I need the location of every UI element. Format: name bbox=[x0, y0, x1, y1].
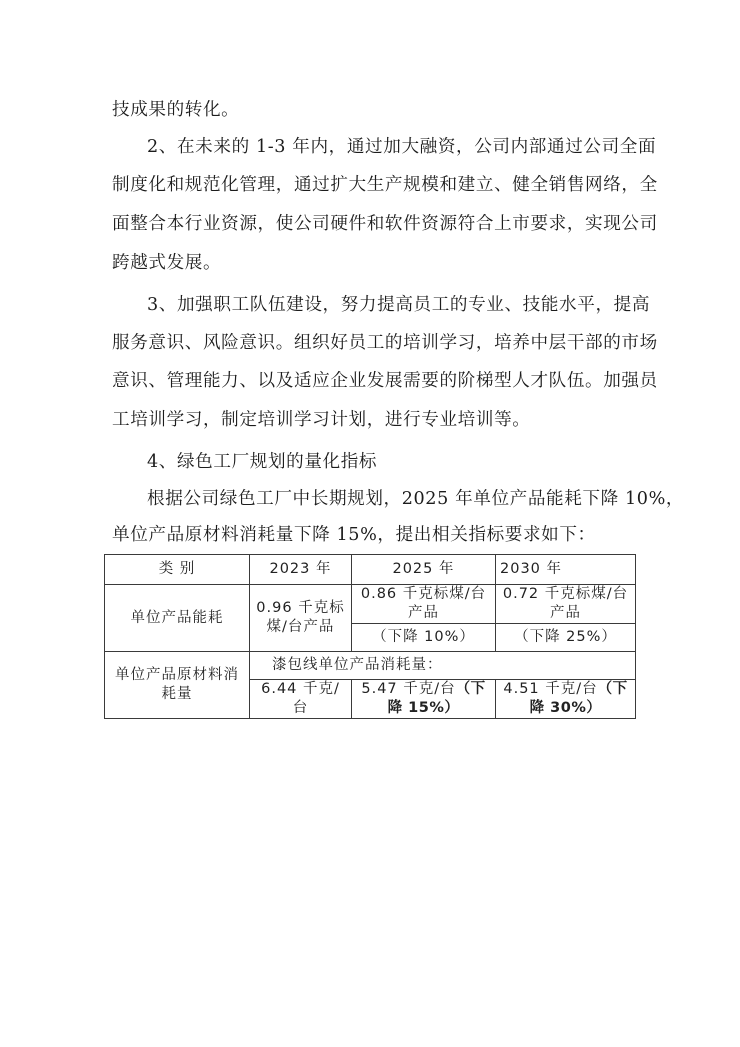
header-category: 类 别 bbox=[105, 555, 250, 585]
material-2030-value: 4.51 千克/台 bbox=[503, 681, 597, 697]
paragraph-4-line-1: 根据公司绿色工厂中长期规划，2025 年单位产品能耗下降 10%， bbox=[147, 488, 632, 510]
paragraph-3-line-1: 3、加强职工队伍建设，努力提高员工的专业、技能水平，提高 bbox=[147, 294, 632, 316]
header-2030: 2030 年 bbox=[496, 555, 636, 585]
energy-2023-value: 0.96 千克标煤/台产品 bbox=[250, 585, 352, 652]
paragraph-2-line-3: 面整合本行业资源，使公司硬件和软件资源符合上市要求，实现公司 bbox=[112, 213, 632, 235]
energy-label: 单位产品能耗 bbox=[105, 585, 250, 652]
paragraph-3-line-3: 意识、管理能力、以及适应企业发展需要的阶梯型人才队伍。加强员 bbox=[112, 370, 632, 392]
table-header-row: 类 别 2023 年 2025 年 2030 年 bbox=[105, 555, 636, 585]
energy-2030-change: （下降 25%） bbox=[496, 624, 636, 652]
text-line: 技成果的转化。 bbox=[112, 99, 632, 121]
material-2025-cell: 5.47 千克/台（下降 15%） bbox=[352, 680, 496, 719]
energy-2030-value: 0.72 千克标煤/台产品 bbox=[496, 585, 636, 624]
material-2025-value: 5.47 千克/台 bbox=[361, 681, 455, 697]
material-2023-value: 6.44 千克/台 bbox=[250, 680, 352, 719]
paragraph-2-line-1: 2、在未来的 1-3 年内，通过加大融资，公司内部通过公司全面 bbox=[147, 136, 632, 158]
material-label: 单位产品原材料消耗量 bbox=[105, 652, 250, 719]
paragraph-3-line-4: 工培训学习，制定培训学习计划，进行专业培训等。 bbox=[112, 409, 632, 431]
paragraph-4-line-2: 单位产品原材料消耗量下降 15%，提出相关指标要求如下： bbox=[112, 524, 632, 546]
energy-2025-value: 0.86 千克标煤/台产品 bbox=[352, 585, 496, 624]
energy-2025-change: （下降 10%） bbox=[352, 624, 496, 652]
material-2030-cell: 4.51 千克/台（下降 30%） bbox=[496, 680, 636, 719]
section-4-heading: 4、绿色工厂规划的量化指标 bbox=[147, 451, 632, 473]
green-factory-metrics-table: 类 别 2023 年 2025 年 2030 年 单位产品能耗 0.96 千克标… bbox=[104, 554, 636, 719]
table-row-energy: 单位产品能耗 0.96 千克标煤/台产品 0.86 千克标煤/台产品 0.72 … bbox=[105, 585, 636, 624]
document-page: 技成果的转化。 2、在未来的 1-3 年内，通过加大融资，公司内部通过公司全面 … bbox=[0, 0, 740, 1047]
header-2025: 2025 年 bbox=[352, 555, 496, 585]
table-row-material: 单位产品原材料消耗量 漆包线单位产品消耗量： bbox=[105, 652, 636, 680]
material-note: 漆包线单位产品消耗量： bbox=[250, 652, 636, 680]
header-2023: 2023 年 bbox=[250, 555, 352, 585]
paragraph-2-line-4: 跨越式发展。 bbox=[112, 252, 632, 274]
paragraph-2-line-2: 制度化和规范化管理，通过扩大生产规模和建立、健全销售网络，全 bbox=[112, 174, 632, 196]
paragraph-3-line-2: 服务意识、风险意识。组织好员工的培训学习，培养中层干部的市场 bbox=[112, 332, 632, 354]
